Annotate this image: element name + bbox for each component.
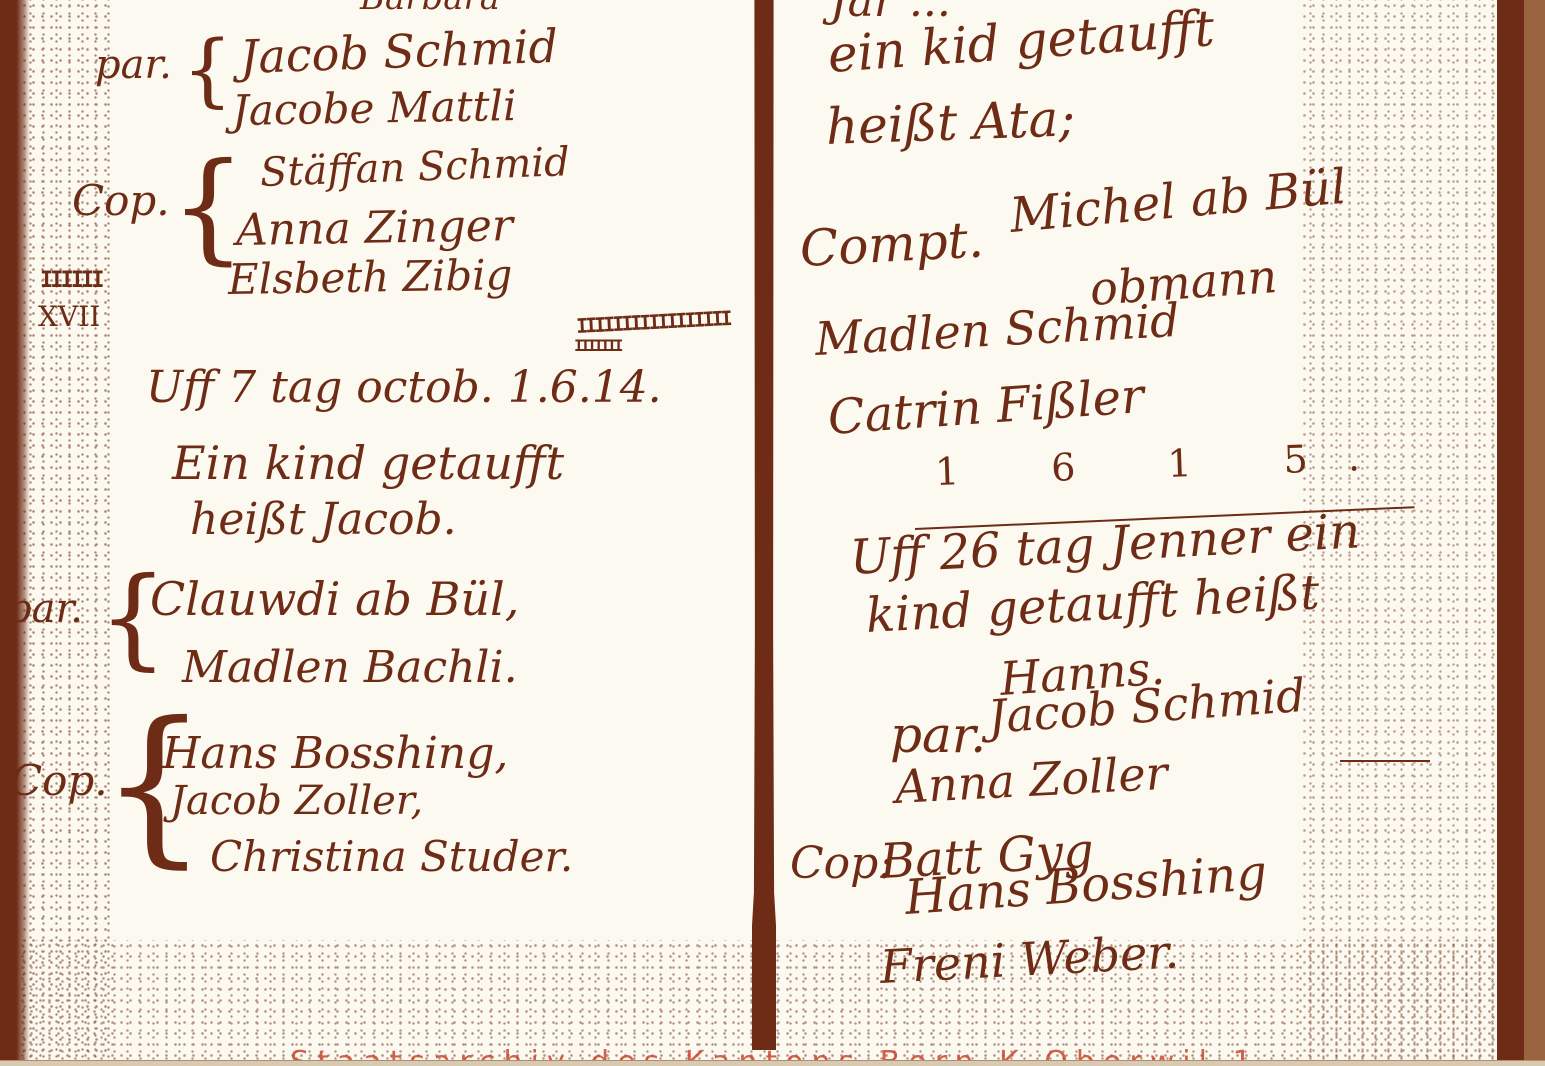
paper-speckle-bottom bbox=[0, 940, 1500, 1060]
top-fragment: Barbara bbox=[360, 0, 500, 18]
page-right-edge bbox=[1497, 0, 1524, 1066]
entry-line: Ein kind getaufft bbox=[172, 436, 564, 490]
book-gutter bbox=[752, 0, 776, 1050]
godparent-name: Freni Weber. bbox=[879, 924, 1180, 994]
parent-name: Clauwdi ab Bül, bbox=[150, 572, 519, 626]
divider-tally: IIIIIIIIIIIIIIIII bbox=[575, 306, 730, 338]
cop-label: Cop. bbox=[10, 756, 108, 805]
parent-name: Jacob Schmid bbox=[239, 19, 559, 84]
cop-label: Compt. bbox=[798, 210, 985, 278]
godparent-name: Madlen Schmid bbox=[814, 293, 1181, 366]
paper-speckle-left-edge bbox=[20, 0, 110, 1066]
year-heading: 1 6 1 5. bbox=[934, 434, 1400, 494]
par-label: par. bbox=[95, 42, 172, 88]
book-cover-edge bbox=[1524, 0, 1545, 1066]
par-label: par. bbox=[6, 586, 83, 632]
godparent-name: Michel ab Bül bbox=[1008, 159, 1349, 244]
margin-numeral: XVII bbox=[38, 300, 100, 333]
godparent-name: Anna Zinger bbox=[236, 200, 514, 256]
godparent-name: Elsbeth Zibig bbox=[228, 250, 513, 304]
bottom-edge-strip bbox=[0, 1060, 1545, 1066]
dash-mark bbox=[1340, 760, 1430, 762]
cop-label: Cop: bbox=[790, 838, 893, 889]
entry-line: heißt Jacob. bbox=[190, 494, 457, 545]
parent-name: Madlen Bachli. bbox=[182, 642, 518, 693]
document-scan: Barbara par. { Jacob Schmid Jacobe Mattl… bbox=[0, 0, 1545, 1066]
margin-tally: IIIIII bbox=[40, 268, 101, 293]
godparent-name: Jacob Zoller, bbox=[170, 778, 423, 824]
entry-line: heißt Ata; bbox=[825, 89, 1076, 156]
divider-tally-short: IIIIIII bbox=[574, 336, 620, 355]
page-left-edge-shadow bbox=[0, 420, 14, 1066]
godparent-name: Catrin Fißler bbox=[826, 368, 1146, 446]
godparent-name: Stäffan Schmid bbox=[259, 139, 570, 196]
parent-name: Jacobe Mattli bbox=[232, 81, 517, 135]
entry-date-line: Uff 7 tag octob. 1.6.14. bbox=[146, 362, 662, 413]
brace: { bbox=[182, 30, 233, 110]
cop-label: Cop. bbox=[72, 176, 170, 225]
godparent-name: Hans Bosshing, bbox=[162, 728, 508, 779]
godparent-name: Christina Studer. bbox=[210, 832, 573, 881]
